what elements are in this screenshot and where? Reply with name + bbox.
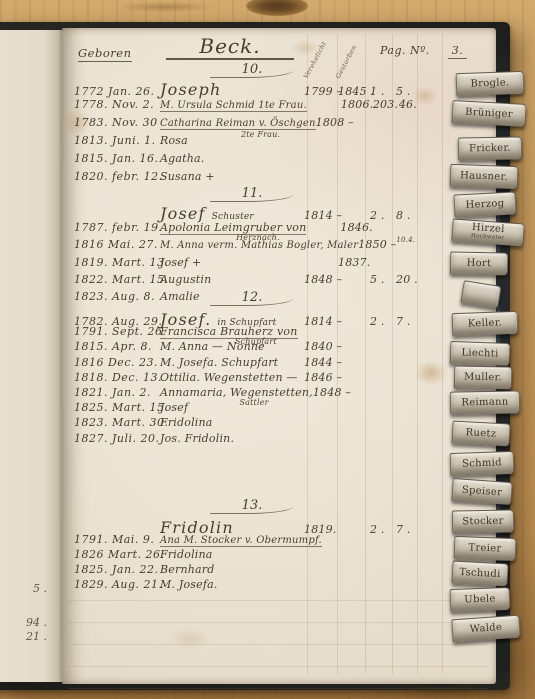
family-tab-label: Hausner. bbox=[460, 171, 508, 183]
death-year: 1846. bbox=[340, 221, 372, 234]
left-page-edge: 5 .94 .21 . bbox=[0, 30, 63, 682]
register-row: 1822. Mart. 15.Augustin1848 –5 .20 . bbox=[62, 273, 496, 290]
family-tab-label: Brogle. bbox=[470, 78, 509, 89]
family-tab-label: Treier bbox=[468, 543, 501, 554]
person-name: Joseph bbox=[160, 80, 304, 99]
birth-date: 1791. Sept. 26. bbox=[74, 325, 160, 338]
birth-date: 1827. Juli. 20. bbox=[74, 432, 160, 445]
person-name-text: M. Anna verm. Mathias Bogler, Maler bbox=[160, 240, 358, 251]
register-row: 1827. Juli. 20.Jos. Fridolin. bbox=[62, 432, 496, 447]
married-year-value: 1814 – bbox=[304, 315, 342, 328]
person-name: Fridolina bbox=[160, 548, 304, 561]
register-row: 1823. Mart. 30.Fridolina bbox=[62, 416, 496, 431]
person-name-text: Annamaria, Wegenstetten, bbox=[160, 386, 313, 399]
page-ref: 2 . bbox=[370, 209, 396, 222]
family-tab: Muller. bbox=[454, 365, 512, 389]
family-tab: Treier bbox=[454, 536, 517, 561]
number-ref: 20 . bbox=[396, 273, 430, 286]
married-year: 1848 – bbox=[304, 273, 338, 286]
person-name-text: Agatha. bbox=[160, 152, 205, 165]
birth-date: 1787. febr. 19. bbox=[74, 221, 160, 234]
page-ref: 203. bbox=[373, 98, 399, 111]
family-tab: Brüniger bbox=[451, 100, 526, 127]
birth-date: 1818. Dec. 13. bbox=[74, 371, 160, 384]
person-name: Rosa bbox=[160, 134, 304, 147]
married-year-value: 1850 – bbox=[358, 238, 396, 251]
row-rule bbox=[68, 644, 488, 645]
page-ref: 1 . bbox=[370, 85, 396, 98]
person-name: M. Ursula Schmid 1te Frau. bbox=[160, 100, 307, 111]
register-row: 1782. Aug. 29.Josef.in Schupfart1814 –2 … bbox=[62, 310, 496, 325]
person-name: Fridolina bbox=[160, 416, 304, 429]
household-rows: 1772 Jan. 26.Joseph1799 –1845 .1 .5 .177… bbox=[62, 80, 496, 188]
married-year: 1814 – bbox=[304, 209, 338, 222]
married-year: 1846 – bbox=[304, 371, 338, 384]
person-name-text: Joseph bbox=[160, 80, 221, 99]
person-name-text: M. Josefa. Schupfart bbox=[160, 356, 278, 369]
married-year: 1799 – bbox=[304, 85, 338, 98]
married-column-label: Verehelicht bbox=[302, 40, 328, 80]
married-year-value: 1848 – bbox=[304, 273, 342, 286]
family-tab-label: Reimann bbox=[461, 397, 508, 408]
birth-date: 1820. febr. 12. bbox=[74, 170, 160, 183]
married-year-value: 1846 – bbox=[304, 371, 342, 384]
family-tab-label: Fricker. bbox=[469, 143, 511, 154]
birth-date: 1815. Apr. 8. bbox=[74, 340, 160, 353]
person-name: Apolonia Leimgruber vonHerznach. bbox=[160, 221, 306, 234]
family-tab: Stocker bbox=[452, 509, 514, 533]
family-tab: Tschudi bbox=[451, 561, 508, 587]
number-ref: 7 . bbox=[396, 315, 430, 328]
person-name: M. Josefa. Schupfart bbox=[160, 356, 304, 369]
register-row: 1818. Dec. 13.Ottilia. Wegenstetten —184… bbox=[62, 371, 496, 386]
family-tab: Brogle. bbox=[456, 71, 525, 96]
birth-date: 1791. Mai. 9. bbox=[74, 533, 160, 546]
person-name-text: Rosa bbox=[160, 134, 188, 147]
register-row: 1815. Apr. 8.M. Anna — Nonne1840 – bbox=[62, 340, 496, 355]
family-tab-label: Ubele bbox=[464, 594, 496, 605]
birth-date: 1826 Mart. 26. bbox=[74, 548, 160, 561]
foxing-stain bbox=[170, 628, 210, 650]
register-row: Fridolin1819.2 .7 . bbox=[62, 518, 496, 533]
person-name: Bernhard bbox=[160, 563, 304, 576]
family-tab-label: Brüniger bbox=[465, 107, 513, 119]
person-name-text: M. Anna — Nonne bbox=[160, 340, 265, 353]
register-row: 1825. Jan. 22.Bernhard bbox=[62, 563, 496, 578]
person-name: M. Josefa. bbox=[160, 578, 304, 591]
married-date-note: 10.4. bbox=[396, 236, 415, 244]
person-name: Catharina Reiman v. Öschgen2te Frau. bbox=[160, 118, 316, 129]
birth-date: 1783. Nov. 30 bbox=[74, 116, 160, 129]
person-name-text: Josef bbox=[160, 401, 188, 414]
family-tab: Hort bbox=[450, 251, 508, 275]
family-tab-sublabel: Hochwater bbox=[471, 234, 505, 242]
birth-date: 1822. Mart. 15. bbox=[74, 273, 160, 286]
married-year-value: 1848 – bbox=[313, 386, 351, 399]
birth-date: 1816 Dec. 23. bbox=[74, 356, 160, 369]
family-tab: Ruetz bbox=[451, 420, 510, 446]
married-year-value: 1799 – bbox=[304, 85, 342, 98]
wood-knot bbox=[246, 0, 308, 16]
person-name: Ana M. Stocker v. Obermumpf. bbox=[160, 535, 322, 546]
person-name-text: Fridolina bbox=[160, 416, 213, 429]
married-year-value: 1808 – bbox=[316, 116, 354, 129]
birth-date: 1821. Jan. 2. bbox=[74, 386, 160, 399]
register-row: 1813. Juni. 1.Rosa bbox=[62, 134, 496, 152]
number-ref: 8 . bbox=[396, 209, 430, 222]
married-year: 1844 – bbox=[304, 356, 338, 369]
death-year: 1845 . bbox=[338, 85, 370, 98]
person-name-text: Amalie bbox=[160, 290, 200, 303]
family-tab-label: Hort bbox=[467, 258, 492, 268]
birth-date: 1813. Juni. 1. bbox=[74, 134, 160, 147]
birth-date: 1823. Mart. 30. bbox=[74, 416, 160, 429]
page-number: 3. bbox=[448, 44, 468, 59]
family-tab-label: Walde bbox=[469, 622, 502, 634]
family-tab-label: Muller. bbox=[464, 372, 502, 383]
family-tab: Speiser bbox=[451, 478, 512, 505]
person-name: Ottilia. Wegenstetten — bbox=[160, 371, 304, 384]
register-row: 1783. Nov. 30Catharina Reiman v. Öschgen… bbox=[62, 116, 496, 134]
person-name: M. Anna verm. Mathias Bogler, Maler bbox=[160, 240, 358, 251]
number-ref: 46. bbox=[399, 98, 433, 111]
married-year: 1808 – bbox=[316, 116, 350, 129]
person-name-text: Ana M. Stocker v. Obermumpf. bbox=[160, 535, 322, 547]
family-tab-label: Liechti bbox=[461, 348, 498, 359]
birth-date: 1772 Jan. 26. bbox=[74, 85, 160, 98]
family-tab-label: Herzog bbox=[465, 198, 504, 210]
birth-date: 1778. Nov. 2. bbox=[74, 98, 160, 111]
family-tab-label: Stocker bbox=[462, 516, 504, 527]
person-name-text: Augustin bbox=[160, 273, 211, 286]
page-ref: 5 . bbox=[370, 273, 396, 286]
register-row: 1816 Dec. 23.M. Josefa. Schupfart1844 – bbox=[62, 356, 496, 371]
person-name: Francisca Brauherz vonSchupfart bbox=[160, 325, 304, 338]
wood-grain-streak bbox=[120, 2, 210, 12]
register-row: 1778. Nov. 2.M. Ursula Schmid 1te Frau.1… bbox=[62, 98, 496, 116]
family-tab-label: Tschudi bbox=[459, 567, 501, 579]
left-page-fragment: 94 . bbox=[26, 616, 47, 629]
birth-date: 1825. Mart. 15. bbox=[74, 401, 160, 414]
died-column-label: Gestorben bbox=[334, 44, 358, 80]
person-name: Josef + bbox=[160, 256, 304, 269]
birth-date: 1823. Aug. 8. bbox=[74, 290, 160, 303]
family-tab: Ubele bbox=[450, 587, 511, 612]
register-row: 1791. Sept. 26.Francisca Brauherz vonSch… bbox=[62, 325, 496, 340]
register-page: Geboren Beck. Verehelicht Gestorben Pag.… bbox=[62, 28, 496, 684]
register-row: JosefSchuster1814 –2 .8 . bbox=[62, 204, 496, 221]
family-tab-label: Schmid bbox=[462, 458, 502, 469]
birth-date: 1815. Jan. 16. bbox=[74, 152, 160, 165]
row-rule bbox=[68, 622, 488, 623]
married-year-value: 1844 – bbox=[304, 356, 342, 369]
household-number: 11. bbox=[210, 186, 294, 202]
family-tab: HirzelHochwater bbox=[451, 219, 524, 247]
register-row: 1826 Mart. 26.Fridolina bbox=[62, 548, 496, 563]
register-row: 1821. Jan. 2.Annamaria, Wegenstetten,Sat… bbox=[62, 386, 496, 401]
person-name: Augustin bbox=[160, 273, 304, 286]
family-tab: Schmid bbox=[450, 451, 515, 476]
family-tab: Fricker. bbox=[458, 136, 522, 160]
person-name-text: M. Ursula Schmid 1te Frau. bbox=[160, 100, 307, 112]
register-row: 1816 Mai. 27.M. Anna verm. Mathias Bogle… bbox=[62, 238, 496, 255]
page-number-heading: Pag. Nº. 3. bbox=[380, 44, 467, 59]
family-tab-label: Speiser bbox=[462, 485, 503, 498]
death-year: 1837. bbox=[338, 256, 370, 269]
person-name: Josef bbox=[160, 401, 304, 414]
person-name: Agatha. bbox=[160, 152, 304, 165]
person-name-text: Ottilia. Wegenstetten — bbox=[160, 371, 298, 384]
register-row: 1791. Mai. 9.Ana M. Stocker v. Obermumpf… bbox=[62, 533, 496, 548]
left-page-fragment: 21 . bbox=[26, 630, 47, 643]
married-year-value: 1840 – bbox=[304, 340, 342, 353]
register-row: 1815. Jan. 16.Agatha. bbox=[62, 152, 496, 170]
person-name-text: M. Josefa. bbox=[160, 578, 218, 591]
birth-date: 1816 Mai. 27. bbox=[74, 238, 160, 251]
married-year: 1848 – bbox=[313, 386, 347, 399]
household-rows: Fridolin1819.2 .7 .1791. Mai. 9.Ana M. S… bbox=[62, 518, 496, 593]
family-tab: Walde bbox=[451, 615, 520, 643]
family-tab: Reimann bbox=[450, 390, 520, 414]
page-ref: 2 . bbox=[370, 315, 396, 328]
person-name: Annamaria, Wegenstetten,Sattler bbox=[160, 386, 313, 399]
person-name-text: Susana + bbox=[160, 170, 215, 183]
married-year: 1814 – bbox=[304, 315, 338, 328]
person-name-text: Bernhard bbox=[160, 563, 214, 576]
person-name-text: Catharina Reiman v. Öschgen bbox=[160, 118, 316, 130]
person-name: M. Anna — Nonne bbox=[160, 340, 304, 353]
register-row: 1829. Aug. 21.M. Josefa. bbox=[62, 578, 496, 593]
birth-date: 1829. Aug. 21. bbox=[74, 578, 160, 591]
person-name-text: Fridolina bbox=[160, 548, 213, 561]
row-rule bbox=[68, 600, 488, 601]
page-ref: 2 . bbox=[370, 523, 396, 536]
register-row: 1772 Jan. 26.Joseph1799 –1845 .1 .5 . bbox=[62, 80, 496, 98]
family-tab: Liechti bbox=[450, 341, 511, 366]
register-row: 1787. febr. 19.Apolonia Leimgruber vonHe… bbox=[62, 221, 496, 238]
family-tab-label: Ruetz bbox=[465, 428, 496, 440]
pag-no-label: Pag. Nº. bbox=[380, 44, 430, 57]
row-rule bbox=[68, 688, 488, 689]
row-rule bbox=[68, 666, 488, 667]
left-page-fragment: 5 . bbox=[33, 582, 47, 595]
household-rows: 1782. Aug. 29.Josef.in Schupfart1814 –2 … bbox=[62, 310, 496, 447]
death-year: 1806. bbox=[341, 98, 373, 111]
photo-scene: 5 .94 .21 . Geboren Beck. Verehelicht Ge… bbox=[0, 0, 535, 699]
married-year-value: 1814 – bbox=[304, 209, 342, 222]
person-name-text: Apolonia Leimgruber von bbox=[160, 221, 306, 235]
born-column-label: Geboren bbox=[78, 46, 132, 62]
register-row: 1819. Mart. 13.Josef +1837. bbox=[62, 256, 496, 273]
number-ref: 5 . bbox=[396, 85, 430, 98]
person-name-text: Josef bbox=[160, 204, 206, 223]
household-number: 13. bbox=[210, 498, 294, 514]
person-name: JosefSchuster bbox=[160, 204, 304, 223]
family-tab: Hausner. bbox=[450, 164, 519, 189]
married-year: 1850 –10.4. bbox=[358, 238, 392, 251]
family-tab-label: Keller. bbox=[468, 318, 503, 329]
number-ref: 7 . bbox=[396, 523, 430, 536]
register-row: 1825. Mart. 15.Josef bbox=[62, 401, 496, 416]
family-tab: Herzog bbox=[453, 191, 516, 217]
person-name: Jos. Fridolin. bbox=[160, 432, 304, 445]
birth-date: 1819. Mart. 13. bbox=[74, 256, 160, 269]
married-year: 1840 – bbox=[304, 340, 338, 353]
family-surname: Beck. bbox=[166, 34, 294, 60]
family-tab: Keller. bbox=[452, 311, 519, 336]
person-name: Susana + bbox=[160, 170, 304, 183]
birth-date: 1825. Jan. 22. bbox=[74, 563, 160, 576]
person-name-text: Josef + bbox=[160, 256, 201, 269]
person-name-text: Jos. Fridolin. bbox=[160, 432, 234, 445]
